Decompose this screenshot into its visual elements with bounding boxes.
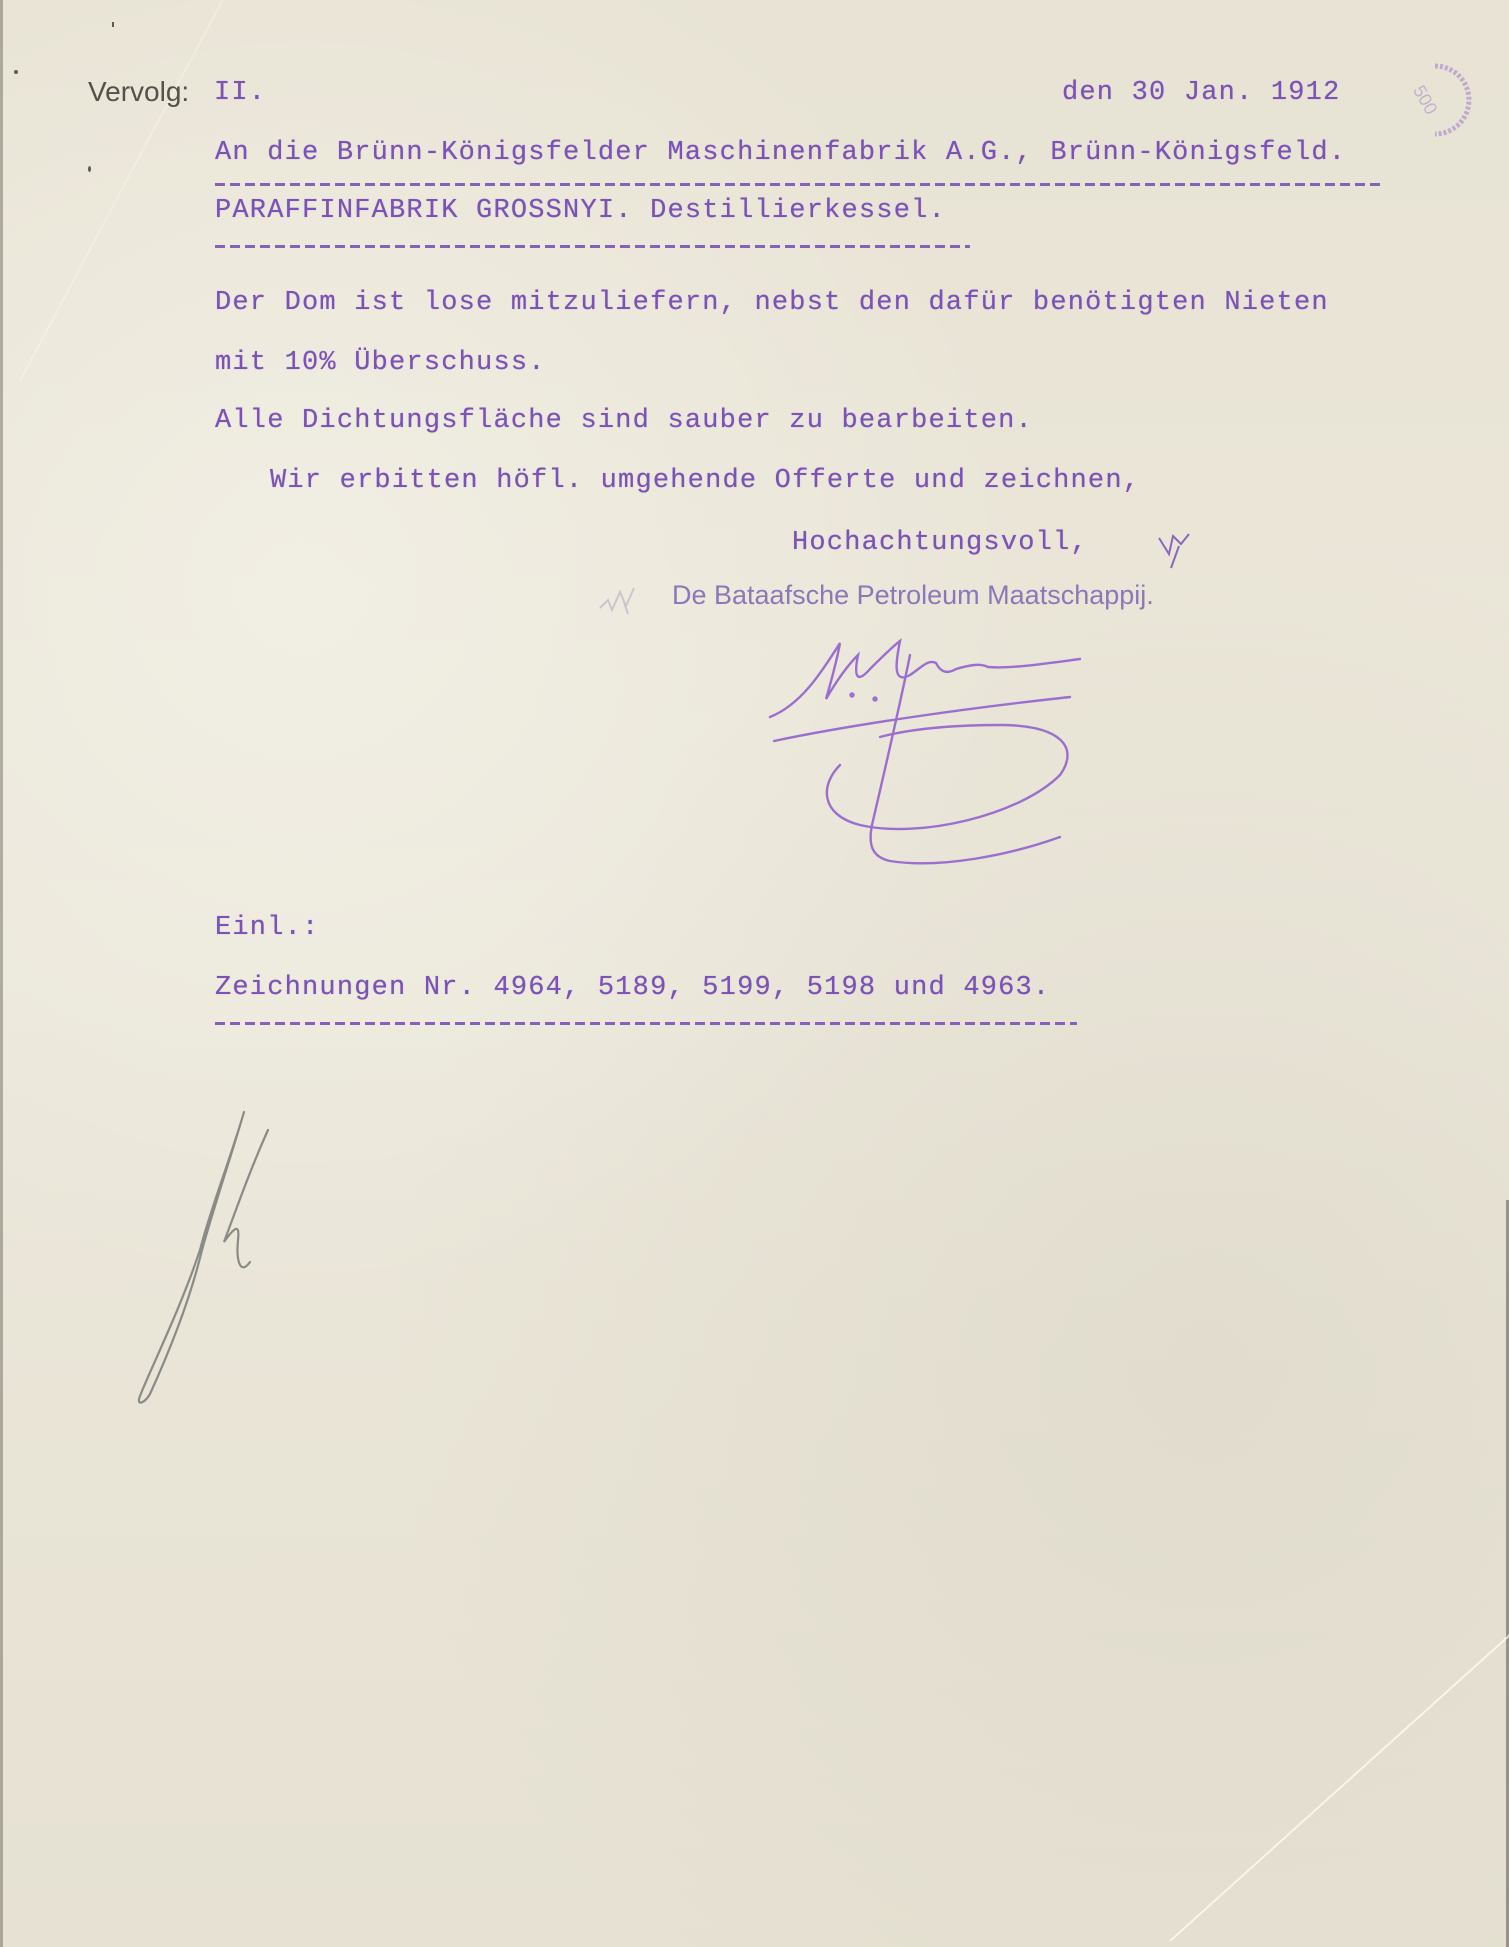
faint-initials-icon: [598, 580, 646, 620]
subject-underline: [215, 245, 970, 248]
page-edge-shadow: [0, 0, 3, 1947]
body-line-2: mit 10% Überschuss.: [215, 348, 546, 378]
enclosures-underline: [215, 1022, 1077, 1025]
body-line-4: Wir erbitten höfl. umgehende Offerte und…: [270, 466, 1140, 496]
addressee-line: An die Brünn-Königsfelder Maschinenfabri…: [215, 138, 1346, 168]
enclosures-label: Einl.:: [215, 913, 319, 943]
enclosures-text: Zeichnungen Nr. 4964, 5189, 5199, 5198 u…: [215, 973, 1050, 1003]
body-line-3: Alle Dichtungsfläche sind sauber zu bear…: [215, 406, 1033, 436]
letter-page: Vervolg: II. den 30 Jan. 1912 500 An die…: [0, 0, 1509, 1947]
letter-date: den 30 Jan. 1912: [1062, 78, 1340, 108]
initials-mark-icon: [1155, 528, 1195, 570]
ink-speck: [88, 166, 91, 172]
sheet-number: II.: [214, 78, 266, 108]
body-line-1: Der Dom ist lose mitzuliefern, nebst den…: [215, 288, 1329, 318]
pencil-initial-icon: [100, 1080, 340, 1420]
ink-speck: [112, 22, 114, 27]
handwritten-signature-icon: [760, 625, 1180, 875]
ink-speck: [14, 70, 18, 74]
closing-line: Hochachtungsvoll,: [792, 528, 1088, 558]
company-stamp: De Bataafsche Petroleum Maatschappij.: [672, 580, 1154, 611]
printed-label-vervolg: Vervolg:: [88, 76, 189, 108]
paper-fold-line: [19, 0, 246, 381]
paper-fold-line: [1169, 1566, 1509, 1942]
receipt-stamp-icon: 500: [1395, 60, 1465, 140]
svg-text:500: 500: [1409, 82, 1441, 118]
subject-line: PARAFFINFABRIK GROSSNYI. Destillierkesse…: [215, 196, 946, 226]
addressee-underline: [215, 183, 1385, 186]
